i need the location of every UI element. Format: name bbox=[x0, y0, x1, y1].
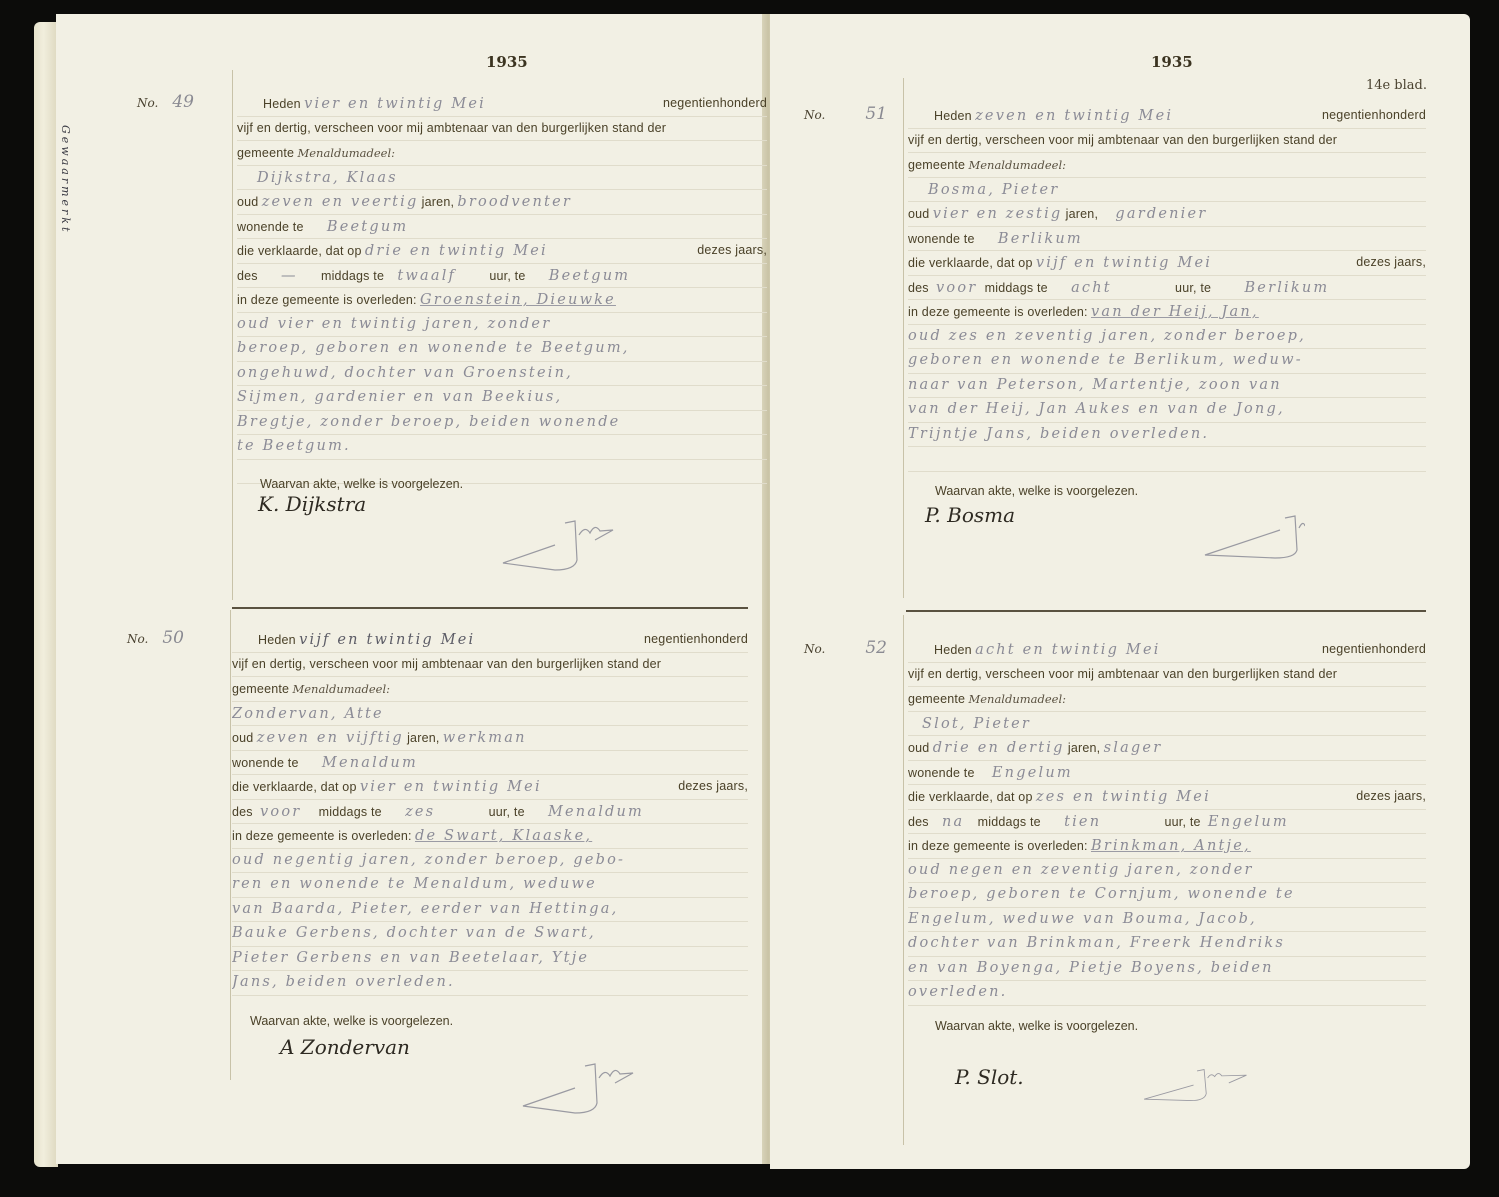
detail-line: Trijntje Jans, beiden overleden. bbox=[908, 423, 1426, 448]
detail-line: Sijmen, gardenier en van Beekius, bbox=[237, 386, 767, 411]
death-record-52: No.52 Heden acht en twintig Meinegentien… bbox=[908, 638, 1426, 1006]
declarant-signature: A Zondervan bbox=[280, 1035, 410, 1059]
declarant-signature: K. Dijkstra bbox=[258, 492, 366, 516]
declarant-occupation: gardenier bbox=[1115, 206, 1207, 222]
detail-line: naar van Peterson, Martentje, zoon van bbox=[908, 374, 1426, 399]
declarant-age: zeven en veertig bbox=[262, 194, 419, 210]
margin-annotation: Gewaarmerkt bbox=[58, 125, 72, 234]
detail-line: Bauke Gerbens, dochter van de Swart, bbox=[232, 922, 748, 947]
detail-line: te Beetgum. bbox=[237, 435, 767, 460]
death-record-50: No.50 Heden vijf en twintig Meinegentien… bbox=[232, 628, 748, 996]
detail-line: beroep, geboren te Cornjum, wonende te bbox=[908, 883, 1426, 908]
declarant-name: Zondervan, Atte bbox=[232, 706, 384, 722]
deceased-name: Brinkman, Antje, bbox=[1091, 838, 1251, 854]
deceased-name: van der Heij, Jan, bbox=[1091, 304, 1259, 320]
deceased-name: de Swart, Klaaske, bbox=[415, 828, 592, 844]
detail-line: van Baarda, Pieter, eerder van Hettinga, bbox=[232, 898, 748, 923]
declarant-age: drie en dertig bbox=[933, 740, 1065, 756]
date-written: vijf en twintig Mei bbox=[299, 632, 475, 648]
part-of-day: voor bbox=[260, 804, 301, 820]
declarant-signature: P. Bosma bbox=[925, 503, 1015, 527]
death-hour: twaalf bbox=[397, 268, 456, 284]
entry-separator bbox=[232, 607, 748, 609]
declarant-occupation: broodventer bbox=[457, 194, 572, 210]
declarant-residence: Engelum bbox=[992, 765, 1073, 781]
death-date: zes en twintig Mei bbox=[1036, 789, 1211, 805]
margin-rule bbox=[232, 70, 233, 600]
closing-formula: Waarvan akte, welke is voorgelezen. bbox=[935, 1019, 1138, 1033]
detail-line: en van Boyenga, Pietje Boyens, beiden bbox=[908, 957, 1426, 982]
death-place: Beetgum bbox=[549, 268, 630, 284]
detail-line: ongehuwd, dochter van Groenstein, bbox=[237, 362, 767, 387]
date-written: zeven en twintig Mei bbox=[975, 108, 1173, 124]
detail-line: Bregtje, zonder beroep, beiden wonende bbox=[237, 411, 767, 436]
record-number: No.49 bbox=[137, 92, 194, 112]
date-written: acht en twintig Mei bbox=[975, 642, 1161, 658]
date-written: vier en twintig Mei bbox=[304, 96, 486, 112]
death-place: Berlikum bbox=[1244, 280, 1329, 296]
detail-line: Jans, beiden overleden. bbox=[232, 971, 748, 996]
death-hour: zes bbox=[405, 804, 435, 820]
death-date: vijf en twintig Mei bbox=[1036, 255, 1212, 271]
margin-rule bbox=[903, 615, 904, 1145]
record-number: No.51 bbox=[804, 104, 887, 124]
deceased-name: Groenstein, Dieuwke bbox=[420, 292, 616, 308]
declarant-age: vier en zestig bbox=[933, 206, 1063, 222]
closing-formula: Waarvan akte, welke is voorgelezen. bbox=[935, 484, 1138, 498]
part-of-day: — bbox=[281, 268, 298, 284]
detail-line: beroep, geboren en wonende te Beetgum, bbox=[237, 337, 767, 362]
right-page-year: 1935 bbox=[1151, 53, 1193, 71]
closing-formula: Waarvan akte, welke is voorgelezen. bbox=[260, 477, 463, 491]
margin-rule bbox=[230, 610, 231, 1080]
part-of-day: voor bbox=[936, 280, 977, 296]
detail-line: van der Heij, Jan Aukes en van de Jong, bbox=[908, 398, 1426, 423]
page-stack-edge bbox=[34, 22, 58, 1167]
death-date: vier en twintig Mei bbox=[360, 779, 542, 795]
detail-line: overleden. bbox=[908, 981, 1426, 1006]
register-spread: Gewaarmerkt 1935 1935 14e blad. No.49 He… bbox=[0, 0, 1499, 1197]
detail-line: geboren en wonende te Berlikum, weduw- bbox=[908, 349, 1426, 374]
entry-separator bbox=[906, 610, 1426, 612]
declarant-occupation: werkman bbox=[443, 730, 527, 746]
declarant-name: Dijkstra, Klaas bbox=[237, 170, 398, 186]
declarant-age: zeven en vijftig bbox=[257, 730, 404, 746]
left-page-year: 1935 bbox=[486, 53, 528, 71]
detail-line: Engelum, weduwe van Bouma, Jacob, bbox=[908, 908, 1426, 933]
declarant-name: Slot, Pieter bbox=[908, 716, 1031, 732]
declarant-occupation: slager bbox=[1104, 740, 1163, 756]
detail-line: oud zes en zeventig jaren, zonder beroep… bbox=[908, 325, 1426, 350]
detail-line: oud negentig jaren, zonder beroep, gebo- bbox=[232, 849, 748, 874]
record-number: No.52 bbox=[804, 638, 887, 658]
margin-rule bbox=[903, 78, 904, 598]
folio-number: 14e blad. bbox=[1366, 78, 1427, 93]
official-signature-icon bbox=[515, 1058, 635, 1128]
declarant-name: Bosma, Pieter bbox=[908, 182, 1059, 198]
record-number: No.50 bbox=[127, 628, 184, 648]
detail-line: oud vier en twintig jaren, zonder bbox=[237, 313, 767, 338]
detail-line: dochter van Brinkman, Freerk Hendriks bbox=[908, 932, 1426, 957]
death-record-51: No.51 Heden zeven en twintig Meinegentie… bbox=[908, 104, 1426, 472]
declarant-signature: P. Slot. bbox=[955, 1065, 1024, 1089]
closing-formula: Waarvan akte, welke is voorgelezen. bbox=[250, 1014, 453, 1028]
death-date: drie en twintig Mei bbox=[365, 243, 548, 259]
part-of-day: na bbox=[942, 814, 964, 830]
detail-line: oud negen en zeventig jaren, zonder bbox=[908, 859, 1426, 884]
official-signature-icon bbox=[495, 515, 615, 585]
official-signature-icon bbox=[1185, 510, 1305, 580]
declarant-residence: Berlikum bbox=[998, 231, 1083, 247]
death-place: Menaldum bbox=[548, 804, 644, 820]
detail-line: Pieter Gerbens en van Beetelaar, Ytje bbox=[232, 947, 748, 972]
declarant-residence: Menaldum bbox=[322, 755, 418, 771]
death-record-49: No.49 Heden vier en twintig Meinegentien… bbox=[237, 92, 767, 484]
official-signature-icon bbox=[1130, 1055, 1250, 1125]
detail-line: ren en wonende te Menaldum, weduwe bbox=[232, 873, 748, 898]
death-hour: acht bbox=[1071, 280, 1112, 296]
death-place: Engelum bbox=[1208, 814, 1289, 830]
death-hour: tien bbox=[1064, 814, 1101, 830]
declarant-residence: Beetgum bbox=[327, 219, 408, 235]
